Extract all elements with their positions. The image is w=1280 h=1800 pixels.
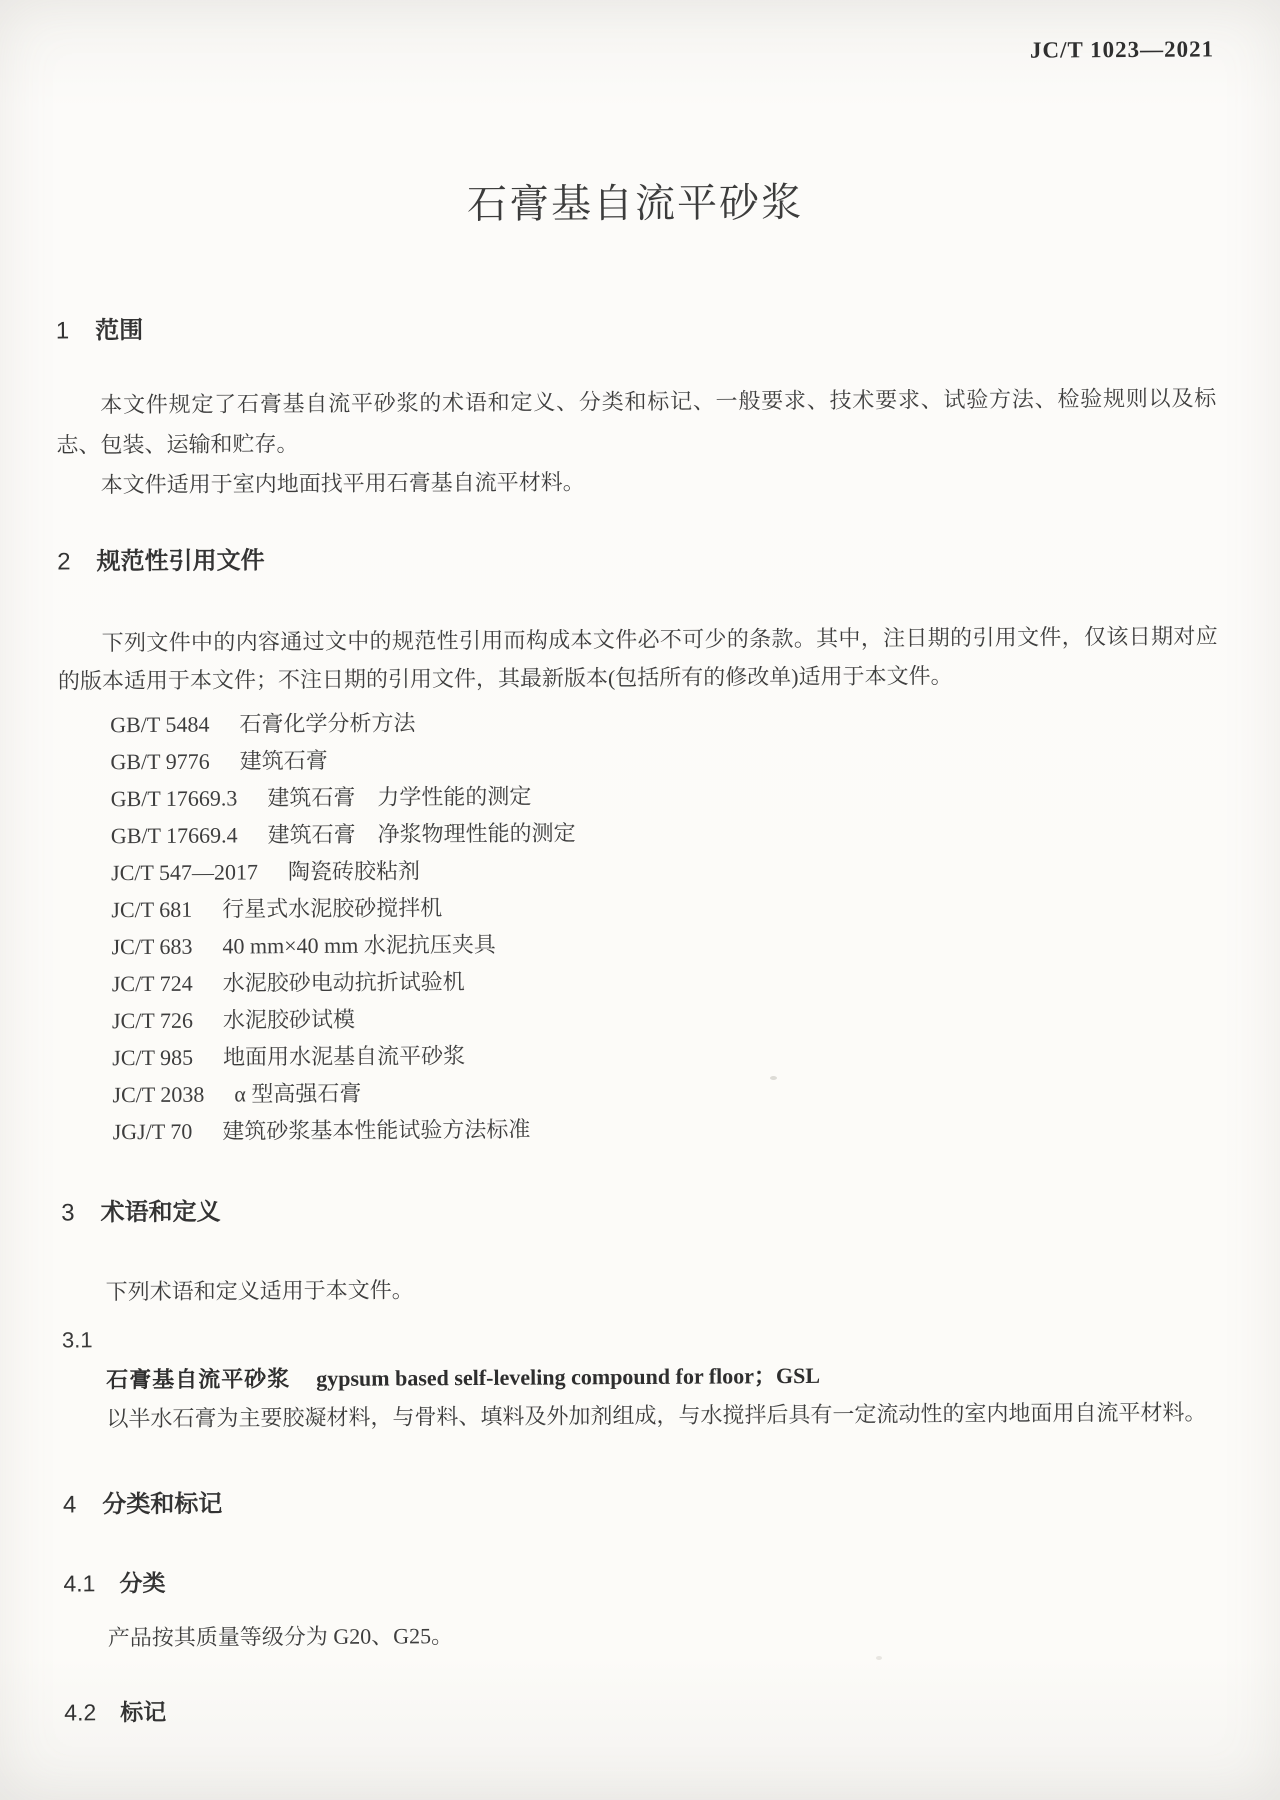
section-1-paragraph-1: 本文件规定了石膏基自流平砂浆的术语和定义、分类和标记、一般要求、技术要求、试验方… [56, 378, 1216, 465]
section-4-1-heading: 4.1分类 [63, 1558, 1223, 1598]
section-1-heading: 1范围 [56, 303, 1216, 345]
section-3-intro: 下列术语和定义适用于本文件。 [62, 1266, 1222, 1311]
section-1-title: 范围 [95, 317, 143, 344]
reference-code: JC/T 547—2017 [111, 853, 258, 891]
reference-title: 建筑石膏 [240, 748, 328, 774]
term-chinese: 石膏基自流平砂浆 [106, 1366, 290, 1392]
normative-references-list: GB/T 5484石膏化学分析方法 GB/T 9776建筑石膏 GB/T 176… [58, 699, 1221, 1150]
section-2-title: 规范性引用文件 [96, 547, 264, 575]
section-4-1-paragraph: 产品按其质量等级分为 G20、G25。 [64, 1611, 1224, 1658]
reference-title: 地面用水泥基自流平砂浆 [223, 1043, 465, 1069]
section-4-2-number: 4.2 [64, 1699, 96, 1725]
term-definition-body: 以半水石膏为主要胶凝材料，与骨料、填料及外加剂组成，与水搅拌后具有一定流动性的室… [62, 1392, 1222, 1438]
reference-code: JC/T 726 [112, 1002, 193, 1039]
scanned-document-page: JC/T 1023—2021 石膏基自流平砂浆 1范围 本文件规定了石膏基自流平… [0, 0, 1280, 1800]
section-1-number: 1 [56, 317, 70, 344]
section-4-2-title: 标记 [120, 1699, 166, 1725]
standard-code-header: JC/T 1023—2021 [54, 36, 1214, 69]
reference-code: GB/T 17669.3 [111, 779, 238, 817]
term-clause-number: 3.1 [62, 1320, 1222, 1353]
reference-title: 行星式水泥胶砂搅拌机 [222, 895, 442, 921]
section-4-1-title: 分类 [119, 1570, 165, 1596]
section-4-1-number: 4.1 [63, 1570, 95, 1596]
reference-title: 陶瓷砖胶粘剂 [288, 858, 420, 884]
reference-item: JGJ/T 70建筑砂浆基本性能试验方法标准 [113, 1106, 1221, 1150]
reference-title: 40 mm×40 mm 水泥抗压夹具 [222, 932, 496, 959]
section-4-title: 分类和标记 [102, 1491, 222, 1519]
reference-title: 石膏化学分析方法 [239, 710, 415, 736]
term-english: gypsum based self-leveling compound for … [316, 1363, 820, 1391]
section-4-heading: 4分类和标记 [63, 1477, 1223, 1519]
section-3-title: 术语和定义 [100, 1199, 220, 1227]
reference-code: JC/T 681 [111, 891, 192, 928]
section-3-heading: 3术语和定义 [61, 1185, 1221, 1227]
reference-code: JGJ/T 70 [113, 1113, 193, 1150]
reference-title: 建筑砂浆基本性能试验方法标准 [222, 1117, 530, 1144]
reference-code: JC/T 2038 [112, 1076, 204, 1114]
section-3-number: 3 [61, 1199, 75, 1226]
reference-title: 水泥胶砂电动抗折试验机 [223, 969, 465, 995]
document-title: 石膏基自流平砂浆 [55, 168, 1215, 232]
reference-code: GB/T 9776 [110, 743, 209, 781]
reference-title: 建筑石膏 净浆物理性能的测定 [268, 820, 576, 847]
reference-title: 建筑石膏 力学性能的测定 [267, 784, 531, 811]
section-4-2-heading: 4.2标记 [64, 1687, 1224, 1727]
reference-code: GB/T 5484 [110, 706, 209, 744]
reference-code: JC/T 683 [111, 928, 192, 965]
section-2-intro: 下列文件中的内容通过文中的规范性引用而构成本文件必不可少的条款。其中，注日期的引… [58, 617, 1218, 700]
reference-title: 水泥胶砂试模 [223, 1007, 355, 1033]
reference-title: α 型高强石膏 [234, 1081, 361, 1107]
document-content: JC/T 1023—2021 石膏基自流平砂浆 1范围 本文件规定了石膏基自流平… [0, 0, 1280, 1728]
reference-code: JC/T 985 [112, 1039, 193, 1076]
section-2-heading: 2规范性引用文件 [57, 534, 1217, 576]
section-1-paragraph-2: 本文件适用于室内地面找平用石膏基自流平材料。 [57, 458, 1217, 505]
section-4-number: 4 [63, 1491, 77, 1518]
reference-code: JC/T 724 [112, 965, 193, 1002]
section-2-number: 2 [57, 548, 71, 575]
reference-code: GB/T 17669.4 [111, 816, 238, 854]
